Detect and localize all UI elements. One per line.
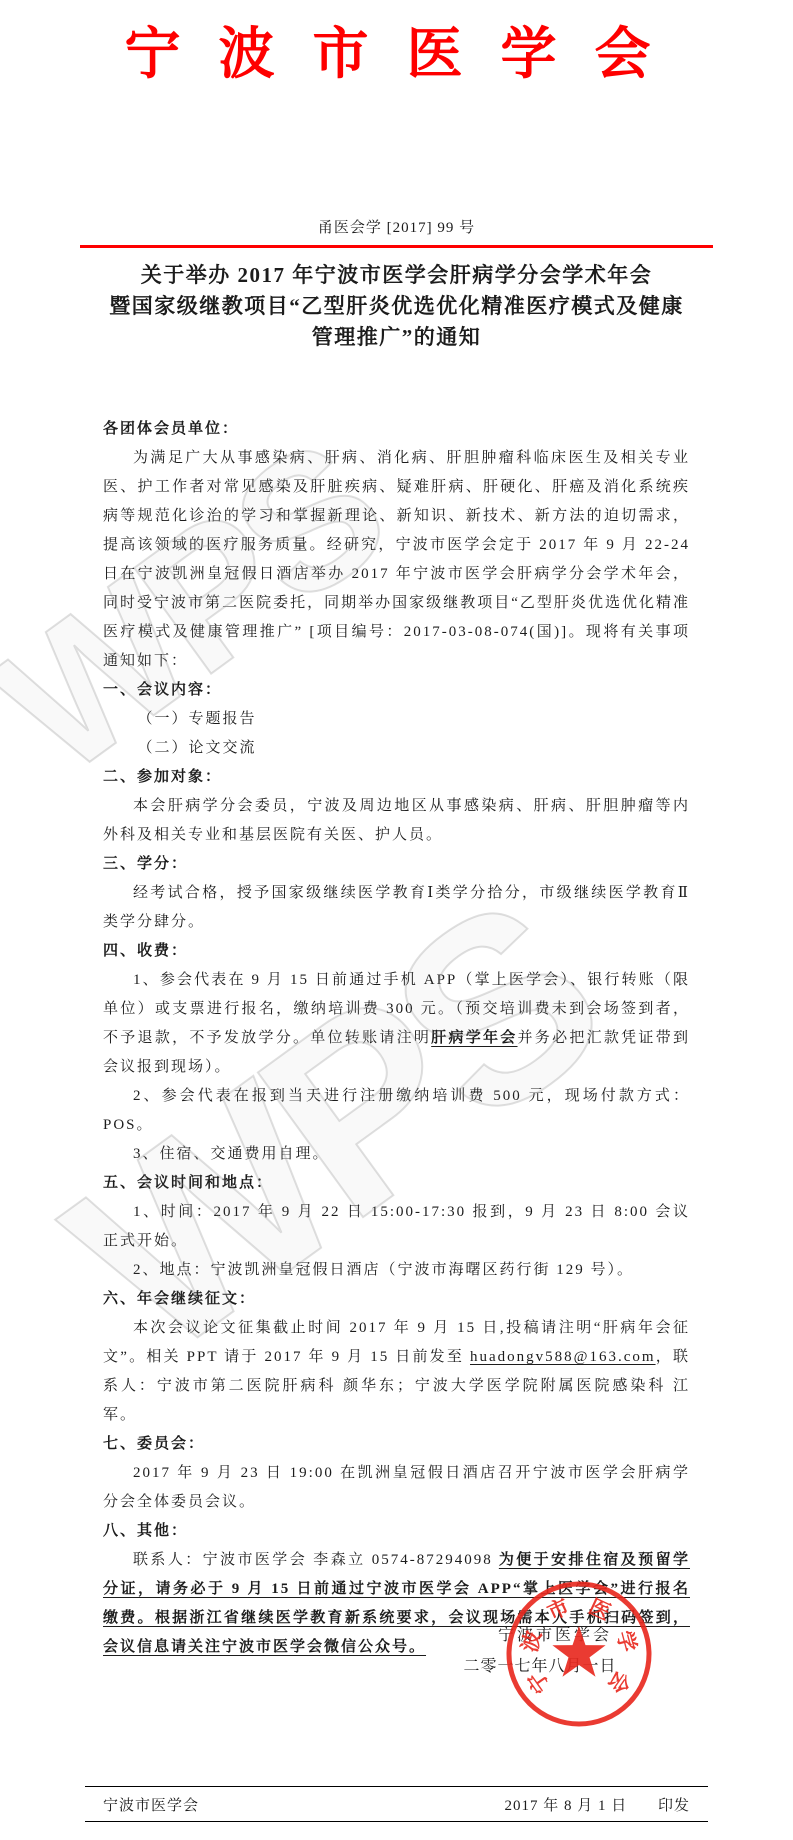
seal-arc-char: 会 (603, 1667, 635, 1698)
contact-person-text: 联系人：宁波市医学会 李森立 0574-87294098 (133, 1552, 499, 1568)
red-divider-rule (80, 245, 713, 248)
contact-email-link[interactable]: huadongv588@163.com (470, 1349, 656, 1365)
fee-remark-emphasis: 肝病学年会 (431, 1030, 517, 1046)
section-6-heading: 六、年会继续征文： (103, 1285, 690, 1314)
section-7-paragraph: 2017 年 9 月 23 日 19:00 在凯洲皇冠假日酒店召开宁波市医学会肝… (103, 1459, 690, 1517)
footer-org: 宁波市医学会 (103, 1794, 199, 1815)
document-number: 甬医会学 [2017] 99 号 (0, 216, 793, 237)
section-1-item: （二）论文交流 (103, 734, 690, 763)
section-4-item-3: 3、住宿、交通费用自理。 (103, 1140, 690, 1169)
section-3-heading: 三、学分： (103, 850, 690, 879)
notice-body: 各团体会员单位： 为满足广大从事感染病、肝病、消化病、肝胆肿瘤科临床医生及相关专… (0, 415, 793, 1662)
seal-star-icon (552, 1626, 605, 1677)
section-3-paragraph: 经考试合格，授予国家级继续医学教育Ⅰ类学分拾分，市级继续医学教育Ⅱ类学分肆分。 (103, 879, 690, 937)
seal-arc-char: 波 (517, 1628, 546, 1654)
section-1-heading: 一、会议内容： (103, 676, 690, 705)
section-7-heading: 七、委员会： (103, 1430, 690, 1459)
section-6-paragraph: 本次会议论文征集截止时间 2017 年 9 月 15 日,投稿请注明“肝病年会征… (103, 1314, 690, 1430)
notice-title-line: 关于举办 2017 年宁波市医学会肝病学分会学术年会 (0, 260, 793, 291)
seal-arc-char: 医 (585, 1594, 614, 1625)
section-5-heading: 五、会议时间和地点： (103, 1169, 690, 1198)
seal-arc-char: 宁 (523, 1667, 555, 1698)
footer-issue-date: 2017 年 8 月 1 日 (504, 1798, 627, 1814)
section-2-paragraph: 本会肝病学分会委员，宁波及周边地区从事感染病、肝病、肝胆肿瘤等内外科及相关专业和… (103, 792, 690, 850)
seal-arc-char: 学 (612, 1628, 641, 1654)
intro-paragraph: 为满足广大从事感染病、肝病、消化病、肝胆肿瘤科临床医生及相关专业医、护工作者对常… (103, 444, 690, 676)
section-2-heading: 二、参加对象： (103, 763, 690, 792)
section-1-item: （一）专题报告 (103, 705, 690, 734)
notice-title: 关于举办 2017 年宁波市医学会肝病学分会学术年会 暨国家级继教项目“乙型肝炎… (0, 260, 793, 353)
section-4-item-1: 1、参会代表在 9 月 15 日前通过手机 APP（掌上医学会）、银行转账（限单… (103, 966, 690, 1082)
section-5-item-1: 1、时间：2017 年 9 月 22 日 15:00-17:30 报到，9 月 … (103, 1198, 690, 1256)
footer-issue-label: 印发 (658, 1798, 690, 1814)
salutation: 各团体会员单位： (103, 415, 690, 444)
official-red-seal: 宁 波 市 医 学 会 (504, 1579, 654, 1729)
notice-title-line: 暨国家级继教项目“乙型肝炎优选优化精准医疗模式及健康 (0, 291, 793, 322)
notice-title-line: 管理推广”的通知 (0, 322, 793, 353)
org-masthead-title: 宁波市医学会 (0, 0, 793, 90)
notice-document-page: WPS WPS 宁波市医学会 甬医会学 [2017] 99 号 关于举办 201… (0, 0, 793, 1840)
section-4-item-2: 2、参会代表在报到当天进行注册缴纳培训费 500 元，现场付款方式：POS。 (103, 1082, 690, 1140)
section-8-heading: 八、其他： (103, 1517, 690, 1546)
footer-issue-info: 2017 年 8 月 1 日 印发 (504, 1794, 690, 1815)
seal-arc-char: 市 (544, 1594, 573, 1625)
section-5-item-2: 2、地点：宁波凯洲皇冠假日酒店（宁波市海曙区药行街 129 号）。 (103, 1256, 690, 1285)
section-4-heading: 四、收费： (103, 937, 690, 966)
document-footer: 宁波市医学会 2017 年 8 月 1 日 印发 (85, 1786, 708, 1822)
